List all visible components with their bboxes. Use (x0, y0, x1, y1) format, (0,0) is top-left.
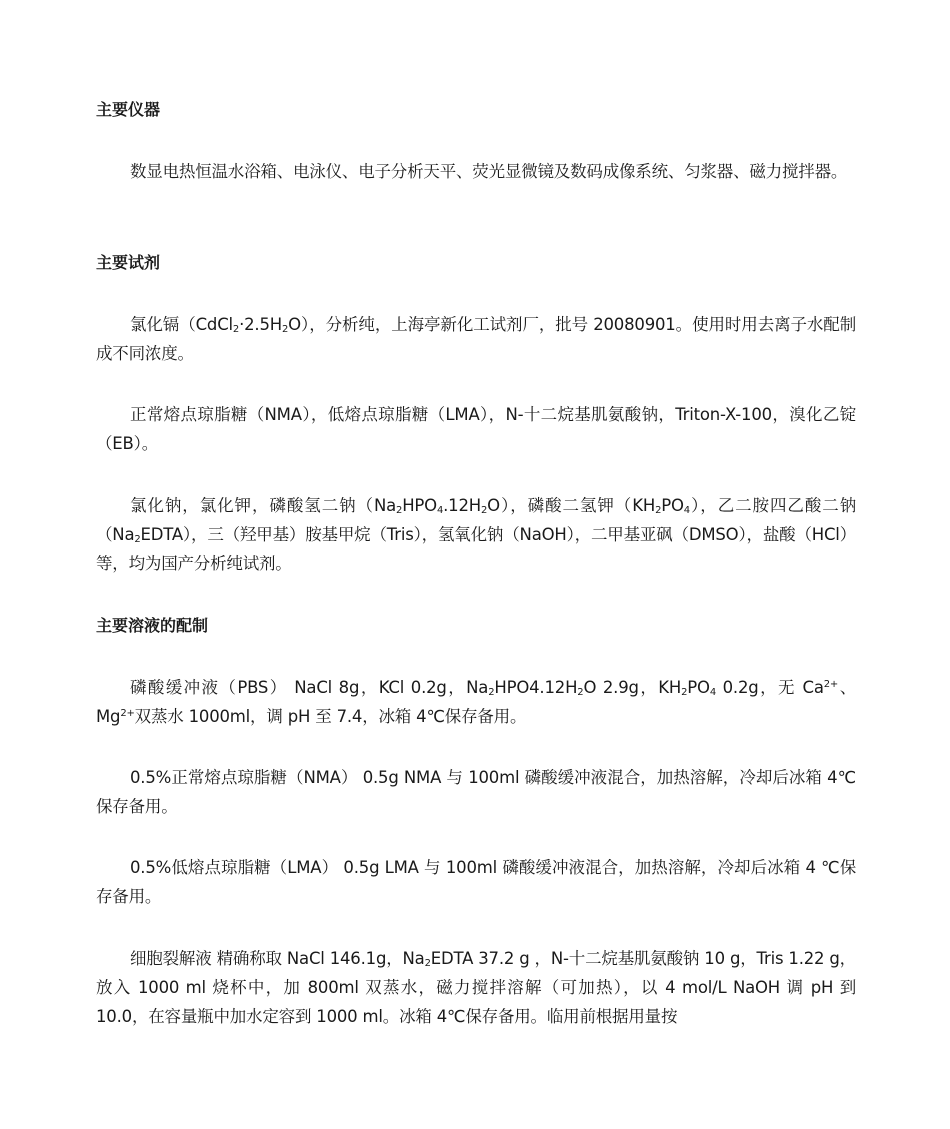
paragraph-lysis-buffer: 细胞裂解液 精确称取 NaCl 146.1g，Na2EDTA 37.2 g ，N… (96, 944, 856, 1031)
heading-solutions: 主要溶液的配制 (96, 616, 208, 636)
heading-reagents: 主要试剂 (96, 253, 160, 273)
heading-instruments: 主要仪器 (96, 100, 160, 120)
paragraph-instruments: 数显电热恒温水浴箱、电泳仪、电子分析天平、荧光显微镜及数码成像系统、匀浆器、磁力… (96, 157, 856, 186)
paragraph-general-reagents: 氯化钠，氯化钾，磷酸氢二钠（Na2HPO4.12H2O），磷酸二氢钾（KH2PO… (96, 491, 856, 578)
paragraph-agarose-reagents: 正常熔点琼脂糖（NMA），低熔点琼脂糖（LMA），N-十二烷基肌氨酸钠，Trit… (96, 400, 856, 458)
paragraph-pbs: 磷酸缓冲液（PBS） NaCl 8g，KCl 0.2g，Na2HPO4.12H2… (96, 673, 856, 731)
paragraph-lma: 0.5%低熔点琼脂糖（LMA） 0.5g LMA 与 100ml 磷酸缓冲液混合… (96, 853, 856, 911)
paragraph-cadmium-chloride: 氯化镉（CdCl2·2.5H2O），分析纯，上海亭新化工试剂厂，批号 20080… (96, 310, 856, 368)
paragraph-nma: 0.5%正常熔点琼脂糖（NMA） 0.5g NMA 与 100ml 磷酸缓冲液混… (96, 763, 856, 821)
